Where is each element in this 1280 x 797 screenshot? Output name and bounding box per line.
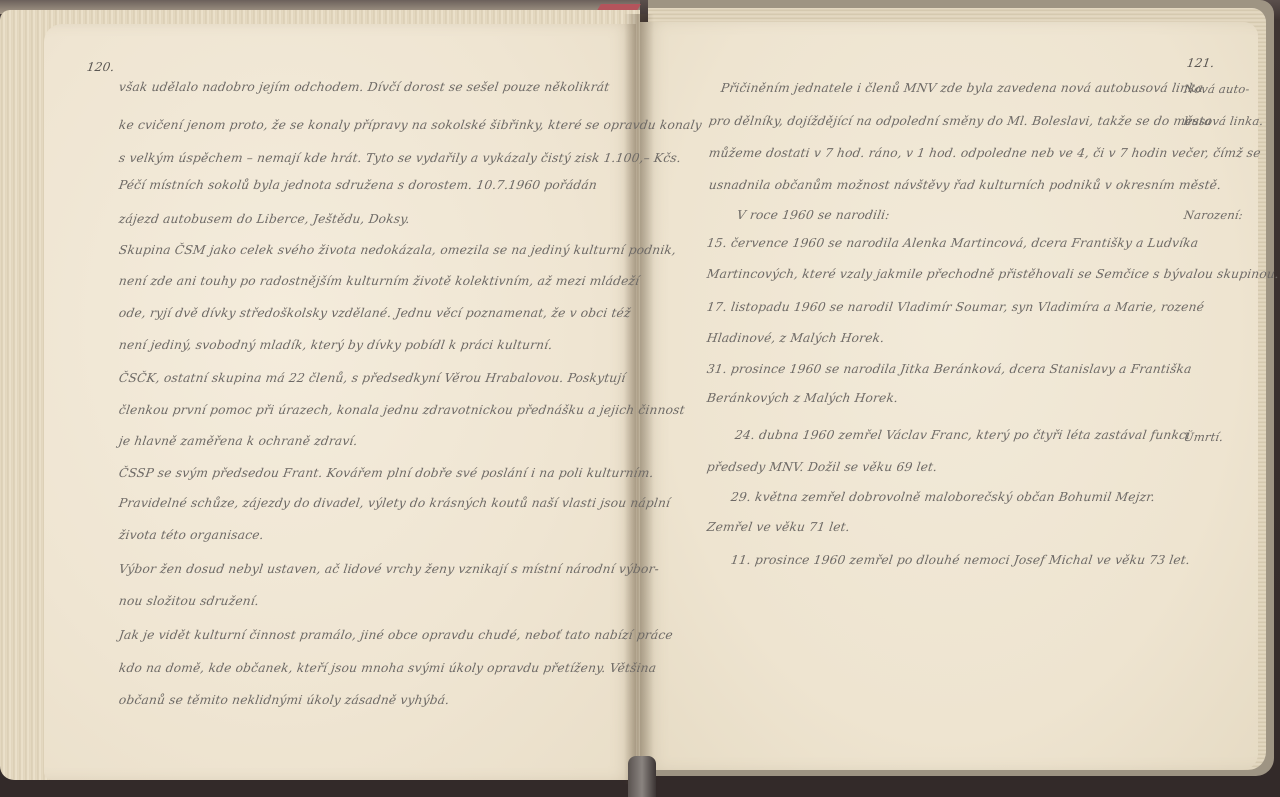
text-line: 31. prosince 1960 se narodila Jitka Berá… xyxy=(706,362,1193,376)
text-line: Zemřel ve věku 71 let. xyxy=(706,520,851,534)
text-line: Pravidelné schůze, zájezdy do divadel, v… xyxy=(118,496,671,510)
text-line: Přičiněním jednatele i členů MNV zde byl… xyxy=(720,81,1204,95)
text-line: 11. prosince 1960 zemřel po dlouhé nemoc… xyxy=(730,553,1191,567)
text-line: 24. dubna 1960 zemřel Václav Franc, kter… xyxy=(734,428,1191,442)
text-line: 15. července 1960 se narodila Alenka Mar… xyxy=(706,236,1199,250)
page-number-right: 121. xyxy=(1186,56,1215,70)
text-line: ČSČK, ostatní skupina má 22 členů, s pře… xyxy=(118,371,626,385)
text-line: 17. listopadu 1960 se narodil Vladimír S… xyxy=(706,300,1205,314)
text-line: členkou první pomoc při úrazech, konala … xyxy=(118,403,686,417)
text-line: zájezd autobusem do Liberce, Ještědu, Do… xyxy=(118,212,411,226)
book-spread-photo: 120. však udělalo nadobro jejím odchodem… xyxy=(0,0,1280,797)
text-line: V roce 1960 se narodili: xyxy=(736,208,891,222)
text-line: předsedy MNV. Dožil se věku 69 let. xyxy=(706,460,938,474)
text-line: kdo na domě, kde občanek, kteří jsou mno… xyxy=(118,661,657,675)
text-line: ČSSP se svým předsedou Frant. Kovářem pl… xyxy=(118,466,655,480)
text-line: s velkým úspěchem – nemají kde hrát. Tyt… xyxy=(118,151,682,165)
text-line: ode, ryjí dvě dívky středoškolsky vzděla… xyxy=(118,306,632,320)
text-line: občanů se těmito neklidnými úkoly zásadn… xyxy=(118,693,450,707)
margin-note: Narození: xyxy=(1183,208,1244,222)
page-number-left: 120. xyxy=(86,60,115,74)
text-line: Martincových, které vzaly jakmile přecho… xyxy=(706,267,1280,281)
text-line: můžeme dostati v 7 hod. ráno, v 1 hod. o… xyxy=(708,146,1262,160)
text-line: Péčí místních sokolů byla jednota sdruže… xyxy=(118,178,598,192)
text-line: není zde ani touhy po radostnějším kultu… xyxy=(118,274,640,288)
text-line: Jak je vidět kulturní činnost pramálo, j… xyxy=(118,628,674,642)
text-line: Výbor žen dosud nebyl ustaven, ač lidové… xyxy=(118,562,660,576)
text-line: Skupina ČSM jako celek svého života nedo… xyxy=(118,243,677,257)
text-line: však udělalo nadobro jejím odchodem. Dív… xyxy=(118,80,610,94)
spine xyxy=(628,756,656,797)
text-line: života této organisace. xyxy=(118,528,265,542)
text-line: nou složitou sdružení. xyxy=(118,594,260,608)
text-line: pro dělníky, dojíždějící na odpolední sm… xyxy=(708,114,1213,128)
text-line: 29. května zemřel dobrovolně maloborečsk… xyxy=(730,490,1156,504)
text-line: Hladinové, z Malých Horek. xyxy=(706,331,885,345)
text-line: usnadnila občanům možnost návštěvy řad k… xyxy=(708,178,1222,192)
text-line: je hlavně zaměřena k ochraně zdraví. xyxy=(118,434,359,448)
text-line: Beránkových z Malých Horek. xyxy=(706,391,899,405)
text-line: ke cvičení jenom proto, že se konaly pří… xyxy=(118,118,703,132)
text-line: není jediný, svobodný mladík, který by d… xyxy=(118,338,553,352)
